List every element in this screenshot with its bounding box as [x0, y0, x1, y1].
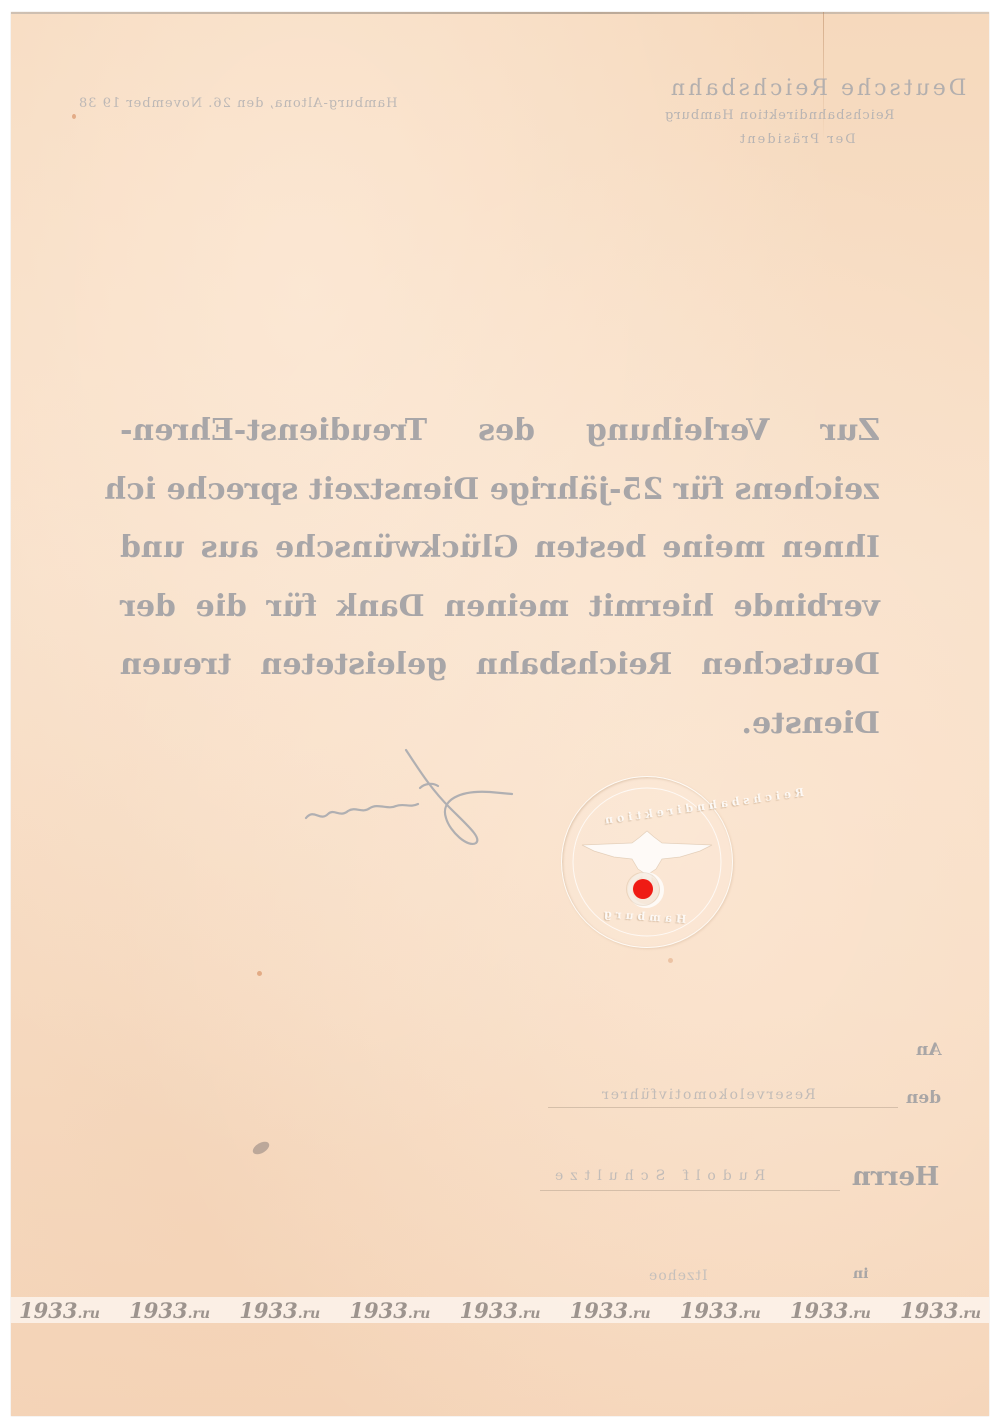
date-line: Hamburg-Altona, den 26. November 19 38 — [78, 96, 398, 111]
body-line: Ihnen meine besten Glückwünsche aus und — [120, 519, 880, 578]
paper-stain — [72, 114, 76, 119]
recipient-title: Reservelokomotivführer — [600, 1087, 816, 1103]
letterhead-line-2: Reichsbahndirektion Hamburg — [664, 108, 894, 123]
watermark-item: 1933.ru — [900, 1298, 981, 1323]
letterhead-line-1: Deutsche Reichsbahn — [668, 76, 966, 101]
top-edge-fold — [11, 12, 989, 14]
watermark-item: 1933.ru — [349, 1298, 430, 1323]
body-line: Deutschen Reichsbahn geleisteten treuen — [120, 636, 880, 695]
paper-stain — [257, 971, 262, 976]
name-underline — [540, 1190, 840, 1191]
recipient-name: Rudolf Schultze — [548, 1168, 765, 1184]
address-den-label: den — [906, 1088, 941, 1108]
watermark-item: 1933.ru — [460, 1298, 541, 1323]
paper-stain — [668, 958, 673, 963]
body-line: Dienste. — [120, 695, 880, 754]
watermark-item: 1933.ru — [129, 1298, 210, 1323]
body-line: zeichens für 25-jährige Dienstzeit sprec… — [120, 461, 880, 520]
address-herrn-label: Herrn — [852, 1162, 939, 1192]
address-in-label: in — [853, 1266, 869, 1282]
signature-icon — [300, 748, 520, 848]
recipient-city: Itzehoe — [648, 1268, 708, 1284]
watermark-item: 1933.ru — [239, 1298, 320, 1323]
watermark-strip: 1933.ru 1933.ru 1933.ru 1933.ru 1933.ru … — [11, 1297, 989, 1323]
watermark-item: 1933.ru — [680, 1298, 761, 1323]
letterhead-line-3: Der Präsident — [738, 132, 856, 147]
watermark-item: 1933.ru — [790, 1298, 871, 1323]
letter-body: Zur Verleihung des Treudienst-Ehren- zei… — [120, 402, 880, 753]
body-line: verbinde hiermit meinen Dank für die der — [120, 578, 880, 637]
watermark-item: 1933.ru — [570, 1298, 651, 1323]
address-an-label: An — [916, 1040, 942, 1060]
seal-red-center — [633, 879, 653, 899]
body-line: Zur Verleihung des Treudienst-Ehren- — [120, 402, 880, 461]
watermark-item: 1933.ru — [19, 1298, 100, 1323]
title-underline — [548, 1107, 898, 1108]
